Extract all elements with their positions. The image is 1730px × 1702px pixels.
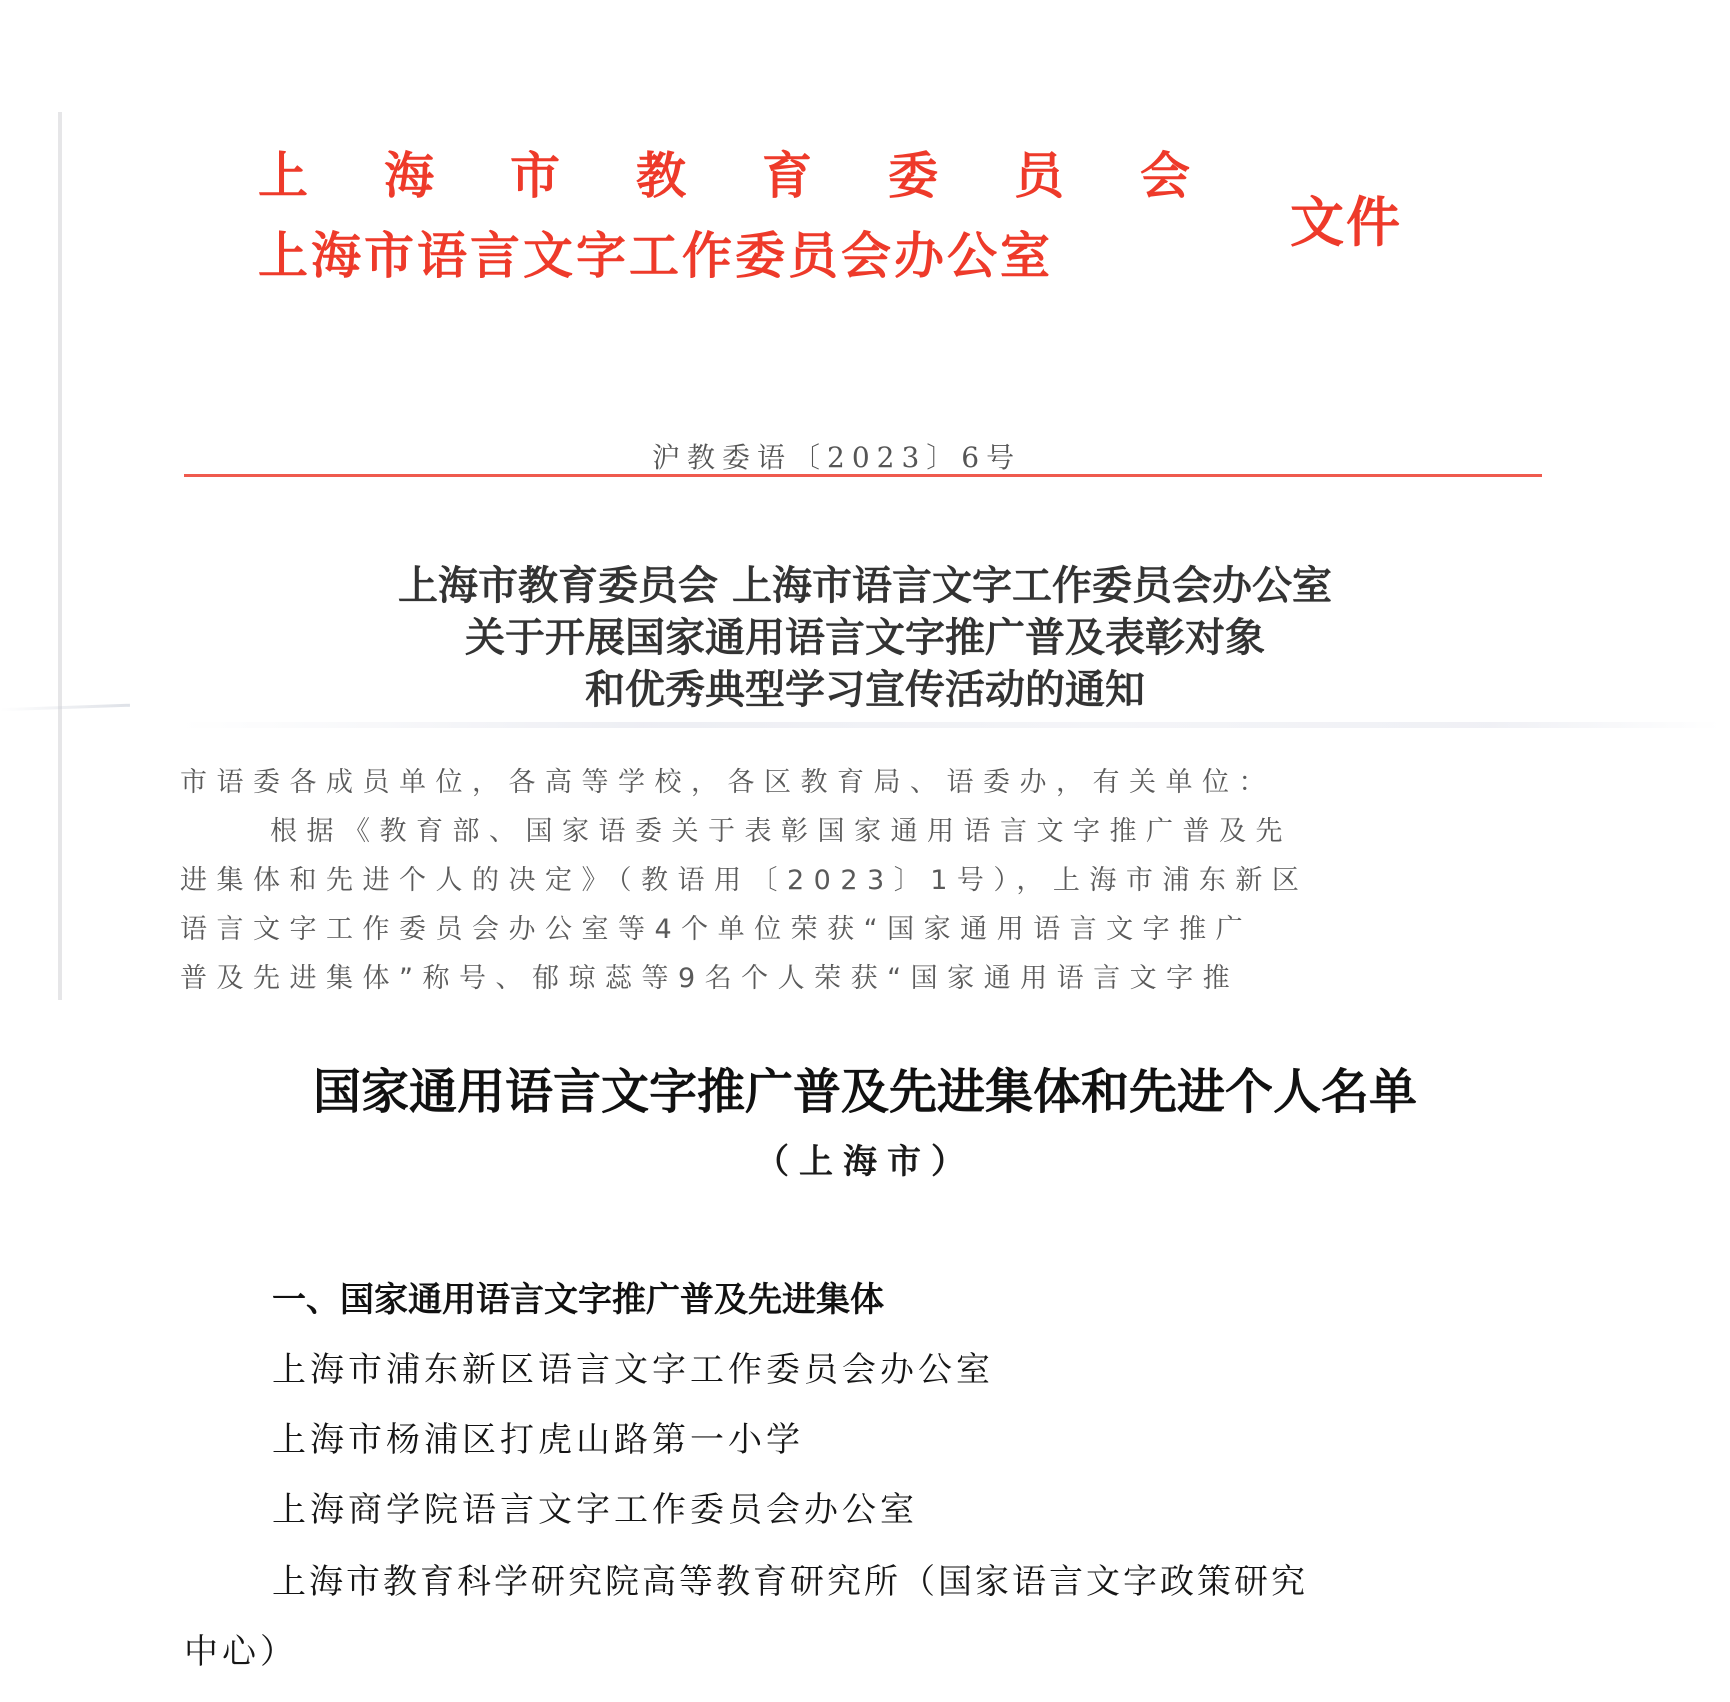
- notice-title-line: 和优秀典型学习宣传活动的通知: [0, 664, 1730, 716]
- red-separator-rule: [184, 474, 1542, 477]
- body-line: 语言文字工作委员会办公室等4个单位荣获“国家通用语言文字推广: [180, 905, 1580, 954]
- honor-list-page-scan: 国家通用语言文字推广普及先进集体和先进个人名单 （上海市） 一、国家通用语言文字…: [0, 1000, 1730, 1702]
- notice-title-line: 关于开展国家通用语言文字推广普及表彰对象: [0, 612, 1730, 664]
- body-line: 进集体和先进个人的决定》（教语用〔2023〕1号），上海市浦东新区: [180, 856, 1580, 905]
- body-line: 根据《教育部、国家语委关于表彰国家通用语言文字推广普及先: [180, 807, 1580, 856]
- issuer-name-education-commission: 上海市教育委员会: [258, 146, 1266, 206]
- list-item: 上海商学院语言文字工作委员会办公室: [272, 1488, 918, 1532]
- honor-list-title: 国家通用语言文字推广普及先进集体和先进个人名单: [0, 1062, 1730, 1122]
- list-item-continuation: 中心）: [184, 1630, 298, 1674]
- page-margin-line: [58, 112, 62, 1000]
- document-label: 文件: [1290, 190, 1402, 254]
- notice-title-line: 上海市教育委员会 上海市语言文字工作委员会办公室: [0, 560, 1730, 612]
- notice-body: 市语委各成员单位，各高等学校，各区教育局、语委办，有关单位： 根据《教育部、国家…: [180, 758, 1580, 1003]
- body-line: 普及先进集体”称号、郁琼蕊等9名个人荣获“国家通用语言文字推: [180, 954, 1580, 1003]
- document-number: 沪教委语〔2023〕6号: [652, 440, 1021, 476]
- notice-page-scan: 上海市教育委员会 上海市语言文字工作委员会办公室 文件 沪教委语〔2023〕6号…: [0, 0, 1730, 1000]
- list-item: 上海市浦东新区语言文字工作委员会办公室: [272, 1348, 994, 1392]
- notice-title: 上海市教育委员会 上海市语言文字工作委员会办公室 关于开展国家通用语言文字推广普…: [0, 560, 1730, 716]
- honor-list-region: （上海市）: [0, 1140, 1730, 1184]
- list-item: 上海市杨浦区打虎山路第一小学: [272, 1418, 804, 1462]
- addressee-line: 市语委各成员单位，各高等学校，各区教育局、语委办，有关单位：: [180, 758, 1580, 807]
- list-item: 上海市教育科学研究院高等教育研究所（国家语言文字政策研究: [272, 1560, 1308, 1604]
- section-heading-advanced-collectives: 一、国家通用语言文字推广普及先进集体: [272, 1278, 884, 1322]
- issuer-name-language-committee-office: 上海市语言文字工作委员会办公室: [258, 226, 1053, 286]
- scan-artifact: [180, 722, 1720, 728]
